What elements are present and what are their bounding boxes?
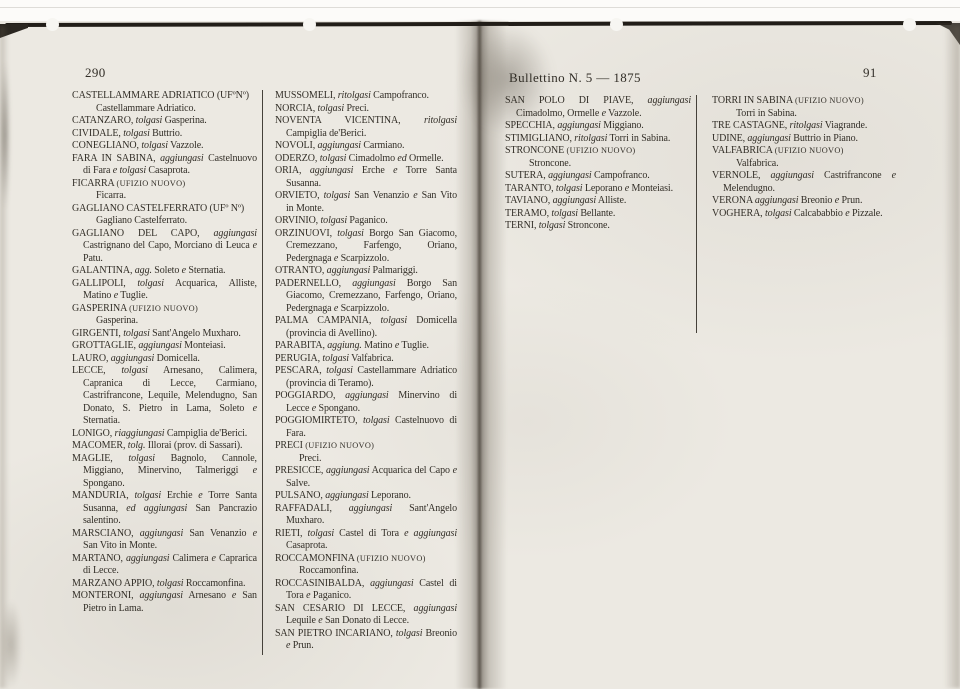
- entry-text-segment: tolg.: [128, 440, 146, 451]
- directory-entry: MUSSOMELI, ritolgasi Campofranco.: [275, 90, 457, 103]
- entry-text-segment: GAGLIANO DEL CAPO,: [72, 228, 214, 239]
- entry-text-segment: Soleto: [152, 265, 182, 276]
- entry-text-segment: tolgasi: [380, 315, 407, 326]
- entry-text-segment: CASTELLAMMARE ADRIATICO (UFºNº): [72, 90, 249, 101]
- entry-text-segment: Domicella.: [154, 353, 200, 364]
- entry-text-segment: Calimera: [169, 553, 211, 564]
- entry-text-segment: Bellante.: [578, 208, 615, 219]
- entry-text-segment: ORVIETO,: [275, 190, 324, 201]
- entry-text-segment: Breonio: [422, 628, 457, 639]
- punch-hole-dot: [303, 18, 316, 31]
- entry-text-segment: MACOMER,: [72, 440, 128, 451]
- directory-entry: PADERNELLO, aggiungasi Borgo San Giacomo…: [275, 278, 457, 316]
- entry-text-segment: GALANTINA,: [72, 265, 135, 276]
- entry-text-segment: PESCARA,: [275, 365, 326, 376]
- entry-text-segment: Pizzale.: [850, 208, 883, 219]
- entry-text-segment: GIRGENTI,: [72, 328, 123, 339]
- entry-text-segment: San Donato di Lecce.: [323, 615, 409, 626]
- entry-text-segment: tolgasi: [308, 528, 335, 539]
- directory-entry: PRESICCE, aggiungasi Acquarica del Capo …: [275, 465, 457, 490]
- new-office-name-line: Gasperina.: [96, 315, 257, 328]
- directory-entry: ORIA, aggiungasi Erche e Torre Santa Sus…: [275, 165, 457, 190]
- entry-text-segment: Spongano.: [316, 403, 360, 414]
- entry-text-segment: MAGLIE,: [72, 453, 128, 464]
- entry-text-segment: MUSSOMELI,: [275, 90, 338, 101]
- directory-entry: MANDURIA, tolgasi Erchie e Torre Santa S…: [72, 490, 257, 528]
- entry-text-segment: Palmariggi.: [370, 265, 418, 276]
- directory-entry: PARABITA, aggiung. Matino e Tuglie.: [275, 340, 457, 353]
- directory-entry: ORZINUOVI, tolgasi Borgo San Giacomo, Cr…: [275, 228, 457, 266]
- new-office-name-line: Castellammare Adriatico.: [96, 103, 257, 116]
- entry-text-segment: Castrignano del Capo, Morciano di Leuca: [83, 240, 253, 251]
- directory-entry: LAURO, aggiungasi Domicella.: [72, 353, 257, 366]
- entry-text-segment: MARTANO,: [72, 553, 126, 564]
- entry-text-segment: aggiungasi: [548, 170, 591, 181]
- entry-text-segment: tolgasi: [123, 328, 150, 339]
- entry-text-segment: tolgasi: [137, 278, 164, 289]
- entry-text-segment: Sternatia.: [186, 265, 225, 276]
- entry-text-segment: aggiungasi: [325, 490, 368, 501]
- entry-text-segment: Casaprota.: [286, 540, 328, 551]
- entry-text-segment: aggiungasi: [111, 353, 154, 364]
- directory-entry: TAVIANO, aggiungasi Alliste.: [505, 195, 691, 208]
- directory-entry: ORVINIO, tolgasi Paganico.: [275, 215, 457, 228]
- entry-text-segment: Castrifrancone: [814, 170, 892, 181]
- entry-text-segment: Salve.: [286, 478, 310, 489]
- right-page-column-2: TORRI IN SABINA (UFIZIO NUOVO)Torri in S…: [712, 95, 896, 220]
- entry-text-segment: tolgasi: [318, 103, 345, 114]
- punch-hole-dot: [610, 18, 623, 31]
- directory-entry: MACOMER, tolg. Illorai (prov. di Sassari…: [72, 440, 257, 453]
- directory-entry: CONEGLIANO, tolgasi Vazzole.: [72, 140, 257, 153]
- entry-text-segment: TAVIANO,: [505, 195, 553, 206]
- directory-entry: ODERZO, tolgasi Cimadolmo ed Ormelle.: [275, 153, 457, 166]
- entry-text-segment: PRESICCE,: [275, 465, 326, 476]
- entry-text-segment: Campofranco.: [592, 170, 650, 181]
- entry-text-segment: PARABITA,: [275, 340, 327, 351]
- entry-text-segment: aggiungasi: [755, 195, 798, 206]
- entry-text-segment: TERAMO,: [505, 208, 551, 219]
- entry-text-segment: Prun.: [290, 640, 313, 651]
- directory-entry: TERAMO, tolgasi Bellante.: [505, 208, 691, 221]
- directory-entry: PESCARA, tolgasi Castellammare Adriatico…: [275, 365, 457, 390]
- scanner-background-band: [0, 0, 960, 21]
- entry-text-segment: aggiung.: [327, 340, 361, 351]
- entry-text-segment: Erchie: [161, 490, 198, 501]
- entry-text-segment: Campofranco.: [371, 90, 429, 101]
- entry-text-segment: tolgasi: [396, 628, 423, 639]
- entry-text-segment: Sternatia.: [83, 415, 120, 426]
- entry-text-segment: ritolgasi: [574, 133, 607, 144]
- entry-text-segment: Leporano: [582, 183, 624, 194]
- entry-text-segment: agg.: [135, 265, 152, 276]
- entry-text-segment: Scarpizzolo.: [338, 303, 389, 314]
- entry-text-segment: Lequile: [286, 615, 318, 626]
- entry-text-segment: tolgasi: [123, 128, 150, 139]
- entry-text-segment: e: [253, 403, 257, 414]
- entry-text-segment: Calcababbio: [792, 208, 846, 219]
- entry-text-segment: Stroncone.: [565, 220, 609, 231]
- directory-entry: GALANTINA, agg. Soleto e Sternatia.: [72, 265, 257, 278]
- directory-entry: TRE CASTAGNE, ritolgasi Viagrande.: [712, 120, 896, 133]
- entry-text-segment: Arnesano: [183, 590, 232, 601]
- entry-text-segment: ed: [397, 153, 406, 164]
- entry-text-segment: tolgasi: [141, 140, 168, 151]
- directory-entry: VALFABRICA (UFIZIO NUOVO): [712, 145, 896, 158]
- entry-text-segment: Illorai (prov. di Sassari).: [145, 440, 242, 451]
- entry-text-segment: e: [253, 465, 257, 476]
- entry-text-segment: e aggiungasi: [404, 528, 457, 539]
- new-office-tag: (UFIZIO NUOVO): [567, 146, 636, 155]
- entry-text-segment: GALLIPOLI,: [72, 278, 137, 289]
- entry-text-segment: Vazzole.: [168, 140, 204, 151]
- entry-text-segment: aggiungasi: [160, 153, 203, 164]
- entry-text-segment: Patu.: [83, 253, 103, 264]
- entry-text-segment: tolgasi: [551, 208, 578, 219]
- entry-text-segment: San Venanzio: [183, 528, 252, 539]
- entry-text-segment: aggiungasi: [648, 95, 691, 106]
- entry-text-segment: OTRANTO,: [275, 265, 327, 276]
- entry-text-segment: TERNI,: [505, 220, 539, 231]
- entry-text-segment: Ormelle.: [407, 153, 444, 164]
- page-number-right: 91: [863, 65, 877, 81]
- entry-text-segment: LECCE,: [72, 365, 121, 376]
- entry-text-segment: ROCCASINIBALDA,: [275, 578, 370, 589]
- entry-text-segment: GAGLIANO CASTELFERRATO (UFº Nº): [72, 203, 244, 214]
- entry-text-segment: aggiungasi: [140, 590, 183, 601]
- directory-entry: UDINE, aggiungasi Buttrio in Piano.: [712, 133, 896, 146]
- entry-text-segment: tolgasi: [337, 228, 364, 239]
- directory-entry: FARA IN SABINA, aggiungasi Castelnuovo d…: [72, 153, 257, 178]
- entry-text-segment: Monteiasi.: [182, 340, 226, 351]
- directory-entry: VOGHERA, tolgasi Calcababbio e Pizzale.: [712, 208, 896, 221]
- entry-text-segment: Cimadolmo, Ormelle: [516, 108, 602, 119]
- new-office-tag: (UFIZIO NUOVO): [795, 96, 864, 105]
- entry-text-segment: Monteiasi.: [629, 183, 673, 194]
- entry-text-segment: aggiungasi: [557, 120, 600, 131]
- entry-text-segment: PADERNELLO,: [275, 278, 352, 289]
- entry-text-segment: tolgasi: [320, 153, 347, 164]
- new-office-name-line: Preci.: [299, 453, 457, 466]
- new-office-name-line: Torri in Sabina.: [736, 108, 896, 121]
- directory-entry: GAGLIANO DEL CAPO, aggiungasi Castrignan…: [72, 228, 257, 266]
- entry-text-segment: tolgasi: [556, 183, 583, 194]
- entry-text-segment: RAFFADALI,: [275, 503, 349, 514]
- scanner-faint-line: [0, 7, 960, 8]
- entry-text-segment: tolgasi: [765, 208, 792, 219]
- new-office-tag: (UFIZIO NUOVO): [129, 304, 198, 313]
- entry-text-segment: Matino: [362, 340, 395, 351]
- entry-text-segment: CATANZARO,: [72, 115, 136, 126]
- entry-text-segment: aggiungasi: [770, 170, 813, 181]
- entry-text-segment: e: [892, 170, 896, 181]
- entry-text-segment: e tolgasi: [113, 165, 146, 176]
- entry-text-segment: aggiungasi: [326, 465, 369, 476]
- entry-text-segment: tolgasi: [363, 415, 390, 426]
- entry-text-segment: Tuglie.: [399, 340, 429, 351]
- directory-entry: STIMIGLIANO, ritolgasi Torri in Sabina.: [505, 133, 691, 146]
- entry-text-segment: e: [253, 240, 257, 251]
- directory-entry: MAGLIE, tolgasi Bagnolo, Cannole, Miggia…: [72, 453, 257, 491]
- directory-entry: VERNOLE, aggiungasi Castrifrancone e Mel…: [712, 170, 896, 195]
- entry-text-segment: Miggiano.: [601, 120, 644, 131]
- directory-entry: SAN POLO DI PIAVE, aggiungasi Cimadolmo,…: [505, 95, 691, 120]
- directory-entry: MONTERONI, aggiungasi Arnesano e San Pie…: [72, 590, 257, 615]
- entry-text-segment: GASPERINA: [72, 303, 129, 314]
- directory-entry: TERNI, tolgasi Stroncone.: [505, 220, 691, 233]
- directory-entry: GALLIPOLI, tolgasi Acquarica, Alliste, M…: [72, 278, 257, 303]
- entry-text-segment: PULSANO,: [275, 490, 325, 501]
- directory-entry: STRONCONE (UFIZIO NUOVO): [505, 145, 691, 158]
- entry-text-segment: MARZANO APPIO,: [72, 578, 157, 589]
- entry-text-segment: FICARRA: [72, 178, 117, 189]
- directory-entry: NORCIA, tolgasi Preci.: [275, 103, 457, 116]
- entry-text-segment: aggiungasi: [414, 603, 457, 614]
- entry-text-segment: VOGHERA,: [712, 208, 765, 219]
- entry-text-segment: LONIGO,: [72, 428, 115, 439]
- entry-text-segment: CONEGLIANO,: [72, 140, 141, 151]
- entry-text-segment: ORZINUOVI,: [275, 228, 337, 239]
- new-office-tag: (UFIZIO NUOVO): [357, 554, 426, 563]
- new-office-tag: (UFIZIO NUOVO): [117, 179, 186, 188]
- entry-text-segment: Tuglie.: [118, 290, 148, 301]
- entry-text-segment: Roccamonfina.: [183, 578, 245, 589]
- entry-text-segment: Vazzole.: [606, 108, 642, 119]
- entry-text-segment: Breonio: [798, 195, 834, 206]
- new-office-name-line: Ficarra.: [96, 190, 257, 203]
- entry-text-segment: Casaprota.: [146, 165, 190, 176]
- entry-text-segment: ODERZO,: [275, 153, 320, 164]
- entry-text-segment: aggiungasi: [138, 340, 181, 351]
- entry-text-segment: aggiungasi: [214, 228, 257, 239]
- entry-text-segment: CIVIDALE,: [72, 128, 123, 139]
- directory-entry: PRECI (UFIZIO NUOVO): [275, 440, 457, 453]
- directory-entry: LONIGO, riaggiungasi Campiglia de'Berici…: [72, 428, 257, 441]
- entry-text-segment: Erche: [353, 165, 393, 176]
- directory-entry: OTRANTO, aggiungasi Palmariggi.: [275, 265, 457, 278]
- left-page-column-2: MUSSOMELI, ritolgasi Campofranco.NORCIA,…: [275, 90, 457, 653]
- scan-artifact-bottom-left: [0, 600, 22, 689]
- entry-text-segment: PRECI: [275, 440, 305, 451]
- directory-entry: LECCE, tolgasi Arnesano, Calimera, Capra…: [72, 365, 257, 428]
- entry-text-segment: STIMIGLIANO,: [505, 133, 574, 144]
- left-page-columns: CASTELLAMMARE ADRIATICO (UFºNº)Castellam…: [72, 90, 457, 655]
- column-divider-right-page: [696, 95, 697, 333]
- entry-text-segment: aggiungasi: [318, 140, 361, 151]
- entry-text-segment: tolgasi: [135, 490, 162, 501]
- entry-text-segment: Campiglia de'Berici.: [164, 428, 247, 439]
- entry-text-segment: RIETI,: [275, 528, 308, 539]
- entry-text-segment: aggiungasi: [327, 265, 370, 276]
- entry-text-segment: ritolgasi: [790, 120, 823, 131]
- scan-artifact-left-smudge: [0, 60, 10, 210]
- entry-text-segment: GROTTAGLIE,: [72, 340, 138, 351]
- entry-text-segment: aggiungasi: [553, 195, 596, 206]
- entry-text-segment: Spongano.: [83, 478, 125, 489]
- entry-text-segment: SUTERA,: [505, 170, 548, 181]
- directory-entry: POGGIARDO, aggiungasi Minervino di Lecce…: [275, 390, 457, 415]
- entry-text-segment: Scarpizzolo.: [338, 253, 389, 264]
- entry-text-segment: POGGIARDO,: [275, 390, 345, 401]
- directory-entry: VERONA aggiungasi Breonio e Prun.: [712, 195, 896, 208]
- entry-text-segment: Preci.: [344, 103, 369, 114]
- entry-text-segment: tolgasi: [324, 190, 351, 201]
- entry-text-segment: ritolgasi: [338, 90, 371, 101]
- entry-text-segment: NOVOLI,: [275, 140, 318, 151]
- entry-text-segment: Castel di Tora: [334, 528, 404, 539]
- bulletin-header: Bullettino N. 5 — 1875: [509, 70, 641, 86]
- directory-entry: MARTANO, aggiungasi Calimera e Caprarica…: [72, 553, 257, 578]
- entry-text-segment: LAURO,: [72, 353, 111, 364]
- entry-text-segment: aggiungasi: [345, 390, 388, 401]
- entry-text-segment: tolgasi: [326, 365, 353, 376]
- entry-text-segment: VERONA: [712, 195, 755, 206]
- entry-text-segment: MARSCIANO,: [72, 528, 140, 539]
- entry-text-segment: tolgasi: [128, 453, 155, 464]
- directory-entry: ROCCAMONFINA (UFIZIO NUOVO): [275, 553, 457, 566]
- directory-entry: CASTELLAMMARE ADRIATICO (UFºNº): [72, 90, 257, 103]
- entry-text-segment: NOVENTA VICENTINA,: [275, 115, 424, 126]
- punch-hole-dot: [903, 18, 916, 31]
- entry-text-segment: PERUGIA,: [275, 353, 322, 364]
- entry-text-segment: PALMA CAMPANIA,: [275, 315, 381, 326]
- entry-text-segment: San Venanzio: [350, 190, 413, 201]
- column-divider-left-page: [262, 90, 263, 655]
- directory-entry: RAFFADALI, aggiungasi Sant'Angelo Muxhar…: [275, 503, 457, 528]
- punch-hole-dot: [46, 18, 59, 31]
- entry-text-segment: Melendugno.: [723, 183, 775, 194]
- entry-text-segment: Cimadolmo: [346, 153, 397, 164]
- entry-text-segment: e: [453, 465, 457, 476]
- entry-text-segment: Leporano.: [369, 490, 411, 501]
- entry-text-segment: tolgasi: [539, 220, 566, 231]
- entry-text-segment: tolgasi: [322, 353, 349, 364]
- entry-text-segment: Viagrande.: [823, 120, 868, 131]
- entry-text-segment: aggiungasi: [352, 278, 395, 289]
- new-office-name-line: Gagliano Castelferrato.: [96, 215, 257, 228]
- entry-text-segment: STRONCONE: [505, 145, 567, 156]
- entry-text-segment: aggiungasi: [747, 133, 790, 144]
- entry-text-segment: ritolgasi: [424, 115, 457, 126]
- entry-text-segment: Campiglia de'Berici.: [286, 128, 366, 139]
- entry-text-segment: Buttrio.: [150, 128, 182, 139]
- entry-text-segment: Carmiano.: [361, 140, 404, 151]
- directory-entry: CIVIDALE, tolgasi Buttrio.: [72, 128, 257, 141]
- entry-text-segment: TARANTO,: [505, 183, 556, 194]
- entry-text-segment: VALFABRICA: [712, 145, 775, 156]
- entry-text-segment: TRE CASTAGNE,: [712, 120, 790, 131]
- directory-entry: ORVIETO, tolgasi San Venanzio e San Vito…: [275, 190, 457, 215]
- entry-text-segment: SAN CESARIO DI LECCE,: [275, 603, 414, 614]
- directory-entry: PULSANO, aggiungasi Leporano.: [275, 490, 457, 503]
- directory-entry: TARANTO, tolgasi Leporano e Monteiasi.: [505, 183, 691, 196]
- entry-text-segment: Gasperina.: [162, 115, 206, 126]
- entry-text-segment: aggiungasi: [349, 503, 392, 514]
- directory-entry: GAGLIANO CASTELFERRATO (UFº Nº): [72, 203, 257, 216]
- directory-entry: PERUGIA, tolgasi Valfabrica.: [275, 353, 457, 366]
- entry-text-segment: VERNOLE,: [712, 170, 770, 181]
- entry-text-segment: aggiungasi: [310, 165, 353, 176]
- entry-text-segment: Torri in Sabina.: [607, 133, 670, 144]
- entry-text-segment: SPECCHIA,: [505, 120, 557, 131]
- entry-text-segment: Buttrio in Piano.: [791, 133, 858, 144]
- directory-entry: GIRGENTI, tolgasi Sant'Angelo Muxharo.: [72, 328, 257, 341]
- directory-entry: GASPERINA (UFIZIO NUOVO): [72, 303, 257, 316]
- directory-entry: PALMA CAMPANIA, tolgasi Domicella (provi…: [275, 315, 457, 340]
- new-office-name-line: Stroncone.: [529, 158, 691, 171]
- entry-text-segment: Acquarica del Capo: [369, 465, 452, 476]
- entry-text-segment: aggiungasi: [126, 553, 169, 564]
- directory-entry: SAN CESARIO DI LECCE, aggiungasi Lequile…: [275, 603, 457, 628]
- entry-text-segment: Paganico.: [347, 215, 388, 226]
- right-page-columns: SAN POLO DI PIAVE, aggiungasi Cimadolmo,…: [505, 95, 930, 333]
- entry-text-segment: Paganico.: [311, 590, 352, 601]
- entry-text-segment: aggiungasi: [140, 528, 183, 539]
- directory-entry: NOVENTA VICENTINA, ritolgasi Campiglia d…: [275, 115, 457, 140]
- entry-text-segment: Alliste.: [596, 195, 626, 206]
- directory-entry: SUTERA, aggiungasi Campofranco.: [505, 170, 691, 183]
- directory-entry: POGGIOMIRTETO, tolgasi Castelnuovo di Fa…: [275, 415, 457, 440]
- entry-text-segment: TORRI IN SABINA: [712, 95, 795, 106]
- entry-text-segment: San Vito in Monte.: [83, 540, 157, 551]
- directory-entry: FICARRA (UFIZIO NUOVO): [72, 178, 257, 191]
- directory-entry: CATANZARO, tolgasi Gasperina.: [72, 115, 257, 128]
- entry-text-segment: MANDURIA,: [72, 490, 135, 501]
- entry-text-segment: Sant'Angelo Muxharo.: [150, 328, 241, 339]
- scanned-book-spread: 290 CASTELLAMMARE ADRIATICO (UFºNº)Caste…: [0, 0, 960, 689]
- directory-entry: RIETI, tolgasi Castel di Tora e aggiunga…: [275, 528, 457, 553]
- entry-text-segment: SAN PIETRO INCARIANO,: [275, 628, 396, 639]
- entry-text-segment: tolgasi: [157, 578, 184, 589]
- entry-text-segment: ed aggiungasi: [126, 503, 187, 514]
- entry-text-segment: ROCCAMONFINA: [275, 553, 357, 564]
- entry-text-segment: e: [253, 528, 257, 539]
- entry-text-segment: riaggiungasi: [115, 428, 165, 439]
- entry-text-segment: SAN POLO DI PIAVE,: [505, 95, 648, 106]
- left-page-column-1: CASTELLAMMARE ADRIATICO (UFºNº)Castellam…: [72, 90, 257, 615]
- directory-entry: SPECCHIA, aggiungasi Miggiano.: [505, 120, 691, 133]
- new-office-tag: (UFIZIO NUOVO): [305, 441, 374, 450]
- new-office-name-line: Roccamonfina.: [299, 565, 457, 578]
- directory-entry: MARSCIANO, aggiungasi San Venanzio e San…: [72, 528, 257, 553]
- new-office-name-line: Valfabrica.: [736, 158, 896, 171]
- entry-text-segment: tolgasi: [321, 215, 348, 226]
- directory-entry: MARZANO APPIO, tolgasi Roccamonfina.: [72, 578, 257, 591]
- directory-entry: SAN PIETRO INCARIANO, tolgasi Breonio e …: [275, 628, 457, 653]
- entry-text-segment: tolgasi: [136, 115, 163, 126]
- entry-text-segment: MONTERONI,: [72, 590, 140, 601]
- new-office-tag: (UFIZIO NUOVO): [775, 146, 844, 155]
- right-page-column-1: SAN POLO DI PIAVE, aggiungasi Cimadolmo,…: [505, 95, 691, 233]
- directory-entry: TORRI IN SABINA (UFIZIO NUOVO): [712, 95, 896, 108]
- directory-entry: NOVOLI, aggiungasi Carmiano.: [275, 140, 457, 153]
- entry-text-segment: FARA IN SABINA,: [72, 153, 160, 164]
- entry-text-segment: UDINE,: [712, 133, 747, 144]
- entry-text-segment: ORVINIO,: [275, 215, 321, 226]
- entry-text-segment: NORCIA,: [275, 103, 318, 114]
- entry-text-segment: POGGIOMIRTETO,: [275, 415, 363, 426]
- directory-entry: ROCCASINIBALDA, aggiungasi Castel di Tor…: [275, 578, 457, 603]
- entry-text-segment: tolgasi: [121, 365, 148, 376]
- directory-entry: GROTTAGLIE, aggiungasi Monteiasi.: [72, 340, 257, 353]
- entry-text-segment: Prun.: [839, 195, 862, 206]
- page-number-left: 290: [85, 65, 106, 81]
- entry-text-segment: ORIA,: [275, 165, 310, 176]
- entry-text-segment: aggiungasi: [370, 578, 413, 589]
- entry-text-segment: Valfabrica.: [349, 353, 394, 364]
- scan-artifact-right-edge: [944, 26, 960, 688]
